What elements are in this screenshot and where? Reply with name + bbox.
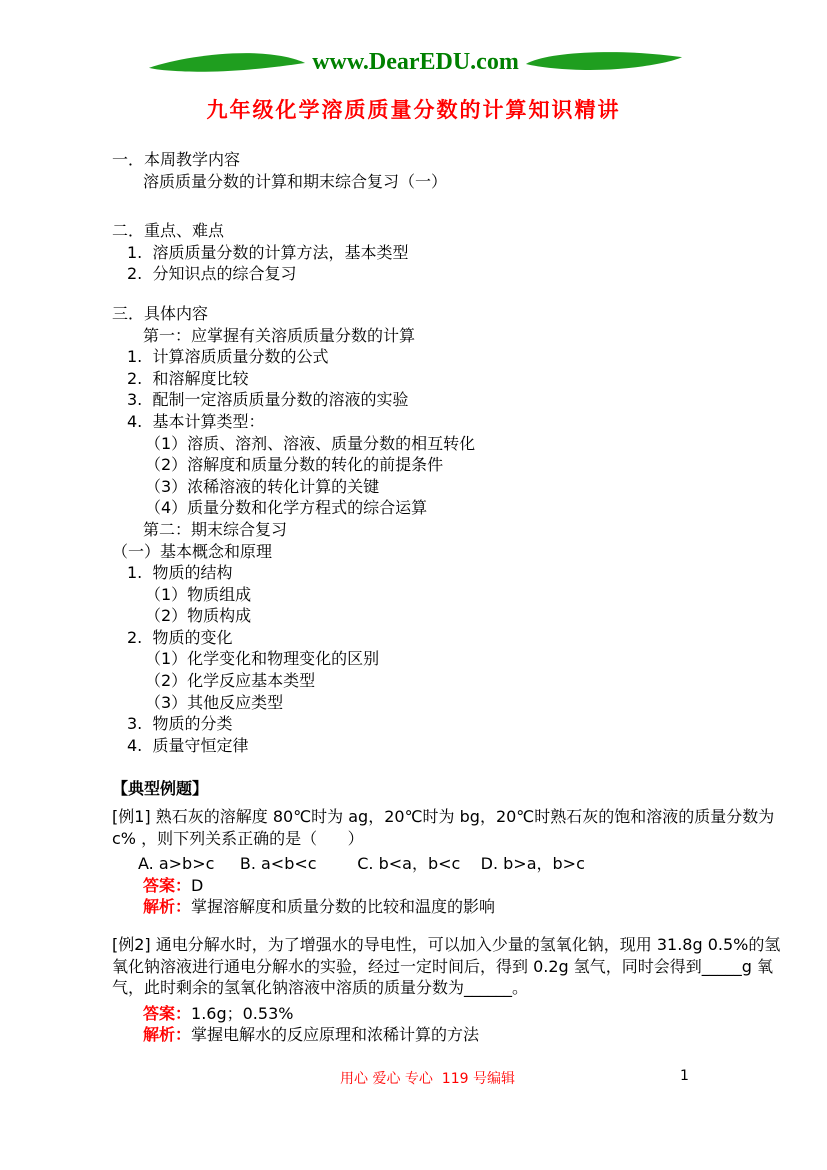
page-number: 1 — [680, 1068, 689, 1084]
example-2-question: [例2] 通电分解水时，为了增强水的导电性，可以加入少量的氢氧化钠，现用 31.… — [112, 934, 732, 956]
text-line: 3. 配制一定溶质质量分数的溶液的实验 — [112, 389, 732, 411]
text-line: c% ，则下列关系正确的是（ ） — [112, 828, 732, 850]
example-2-analysis: 解析：掌握电解水的反应原理和浓稀计算的方法 — [112, 1024, 732, 1046]
example-1-options: A. a>b>c B. a<b<c C. b<a，b<c D. b>a，b>c — [112, 853, 732, 875]
text-line: 2. 分知识点的综合复习 — [112, 263, 732, 285]
text-line: 2. 和溶解度比较 — [112, 368, 732, 390]
document-body: 一．本周教学内容溶质质量分数的计算和期末综合复习（一）二．重点、难点1. 溶质质… — [112, 149, 732, 1046]
example-1-question: [例1] 熟石灰的溶解度 80℃时为 ag，20℃时为 bg，20℃时熟石灰的饱… — [112, 806, 732, 828]
text-line: 气，此时剩余的氢氧化钠溶液中溶质的质量分数为______。 — [112, 977, 732, 999]
text-line: 4. 基本计算类型： — [112, 411, 732, 433]
text-line: 4. 质量守恒定律 — [112, 735, 732, 757]
page-title: 九年级化学溶质质量分数的计算知识精讲 — [0, 94, 827, 124]
text-line: （1）溶质、溶剂、溶液、质量分数的相互转化 — [112, 433, 732, 455]
answer-label: 解析： — [143, 1025, 191, 1044]
text-line: （2）物质构成 — [112, 605, 732, 627]
example-1-analysis: 解析：掌握溶解度和质量分数的比较和温度的影响 — [112, 896, 732, 918]
examples-section-heading: 【典型例题】 — [112, 778, 732, 800]
text-line: 1. 溶质质量分数的计算方法，基本类型 — [112, 242, 732, 264]
text-line: 第一：应掌握有关溶质质量分数的计算 — [112, 325, 732, 347]
text-line: 1. 计算溶质质量分数的公式 — [112, 346, 732, 368]
text-line: 第二：期末综合复习 — [112, 519, 732, 541]
example-1-answer: 答案：D — [112, 875, 732, 897]
logo-banner: www.DearEDU.com — [143, 42, 688, 82]
example-2-answer: 答案：1.6g；0.53% — [112, 1003, 732, 1025]
text-line: （1）物质组成 — [112, 584, 732, 606]
text-line: 氧化钠溶液进行通电分解水的实验，经过一定时间后，得到 0.2g 氢气，同时会得到… — [112, 956, 732, 978]
footer-slogan: 用心 爱心 专心 119 号编辑 — [340, 1068, 515, 1088]
text-line: 3. 物质的分类 — [112, 713, 732, 735]
text-line: （3）其他反应类型 — [112, 692, 732, 714]
document-page: www.DearEDU.com 九年级化学溶质质量分数的计算知识精讲 一．本周教… — [0, 0, 827, 1170]
text-line: （1）化学变化和物理变化的区别 — [112, 648, 732, 670]
text-line: （2）溶解度和质量分数的转化的前提条件 — [112, 454, 732, 476]
logo-text: www.DearEDU.com — [310, 50, 521, 74]
answer-label: 答案： — [143, 1004, 191, 1023]
text-line: （3）浓稀溶液的转化计算的关键 — [112, 476, 732, 498]
text-line: 三．具体内容 — [112, 303, 732, 325]
text-line: （2）化学反应基本类型 — [112, 670, 732, 692]
answer-label: 解析： — [143, 897, 191, 916]
text-line: 二．重点、难点 — [112, 220, 732, 242]
swoosh-right-icon — [524, 44, 684, 80]
text-line: 一．本周教学内容 — [112, 149, 732, 171]
text-line: （4）质量分数和化学方程式的综合运算 — [112, 497, 732, 519]
text-line: 2. 物质的变化 — [112, 627, 732, 649]
answer-label: 答案： — [143, 876, 191, 895]
text-line: 1. 物质的结构 — [112, 562, 732, 584]
swoosh-left-icon — [147, 44, 307, 80]
text-line: （一）基本概念和原理 — [112, 541, 732, 563]
text-line: 溶质质量分数的计算和期末综合复习（一） — [112, 171, 732, 193]
